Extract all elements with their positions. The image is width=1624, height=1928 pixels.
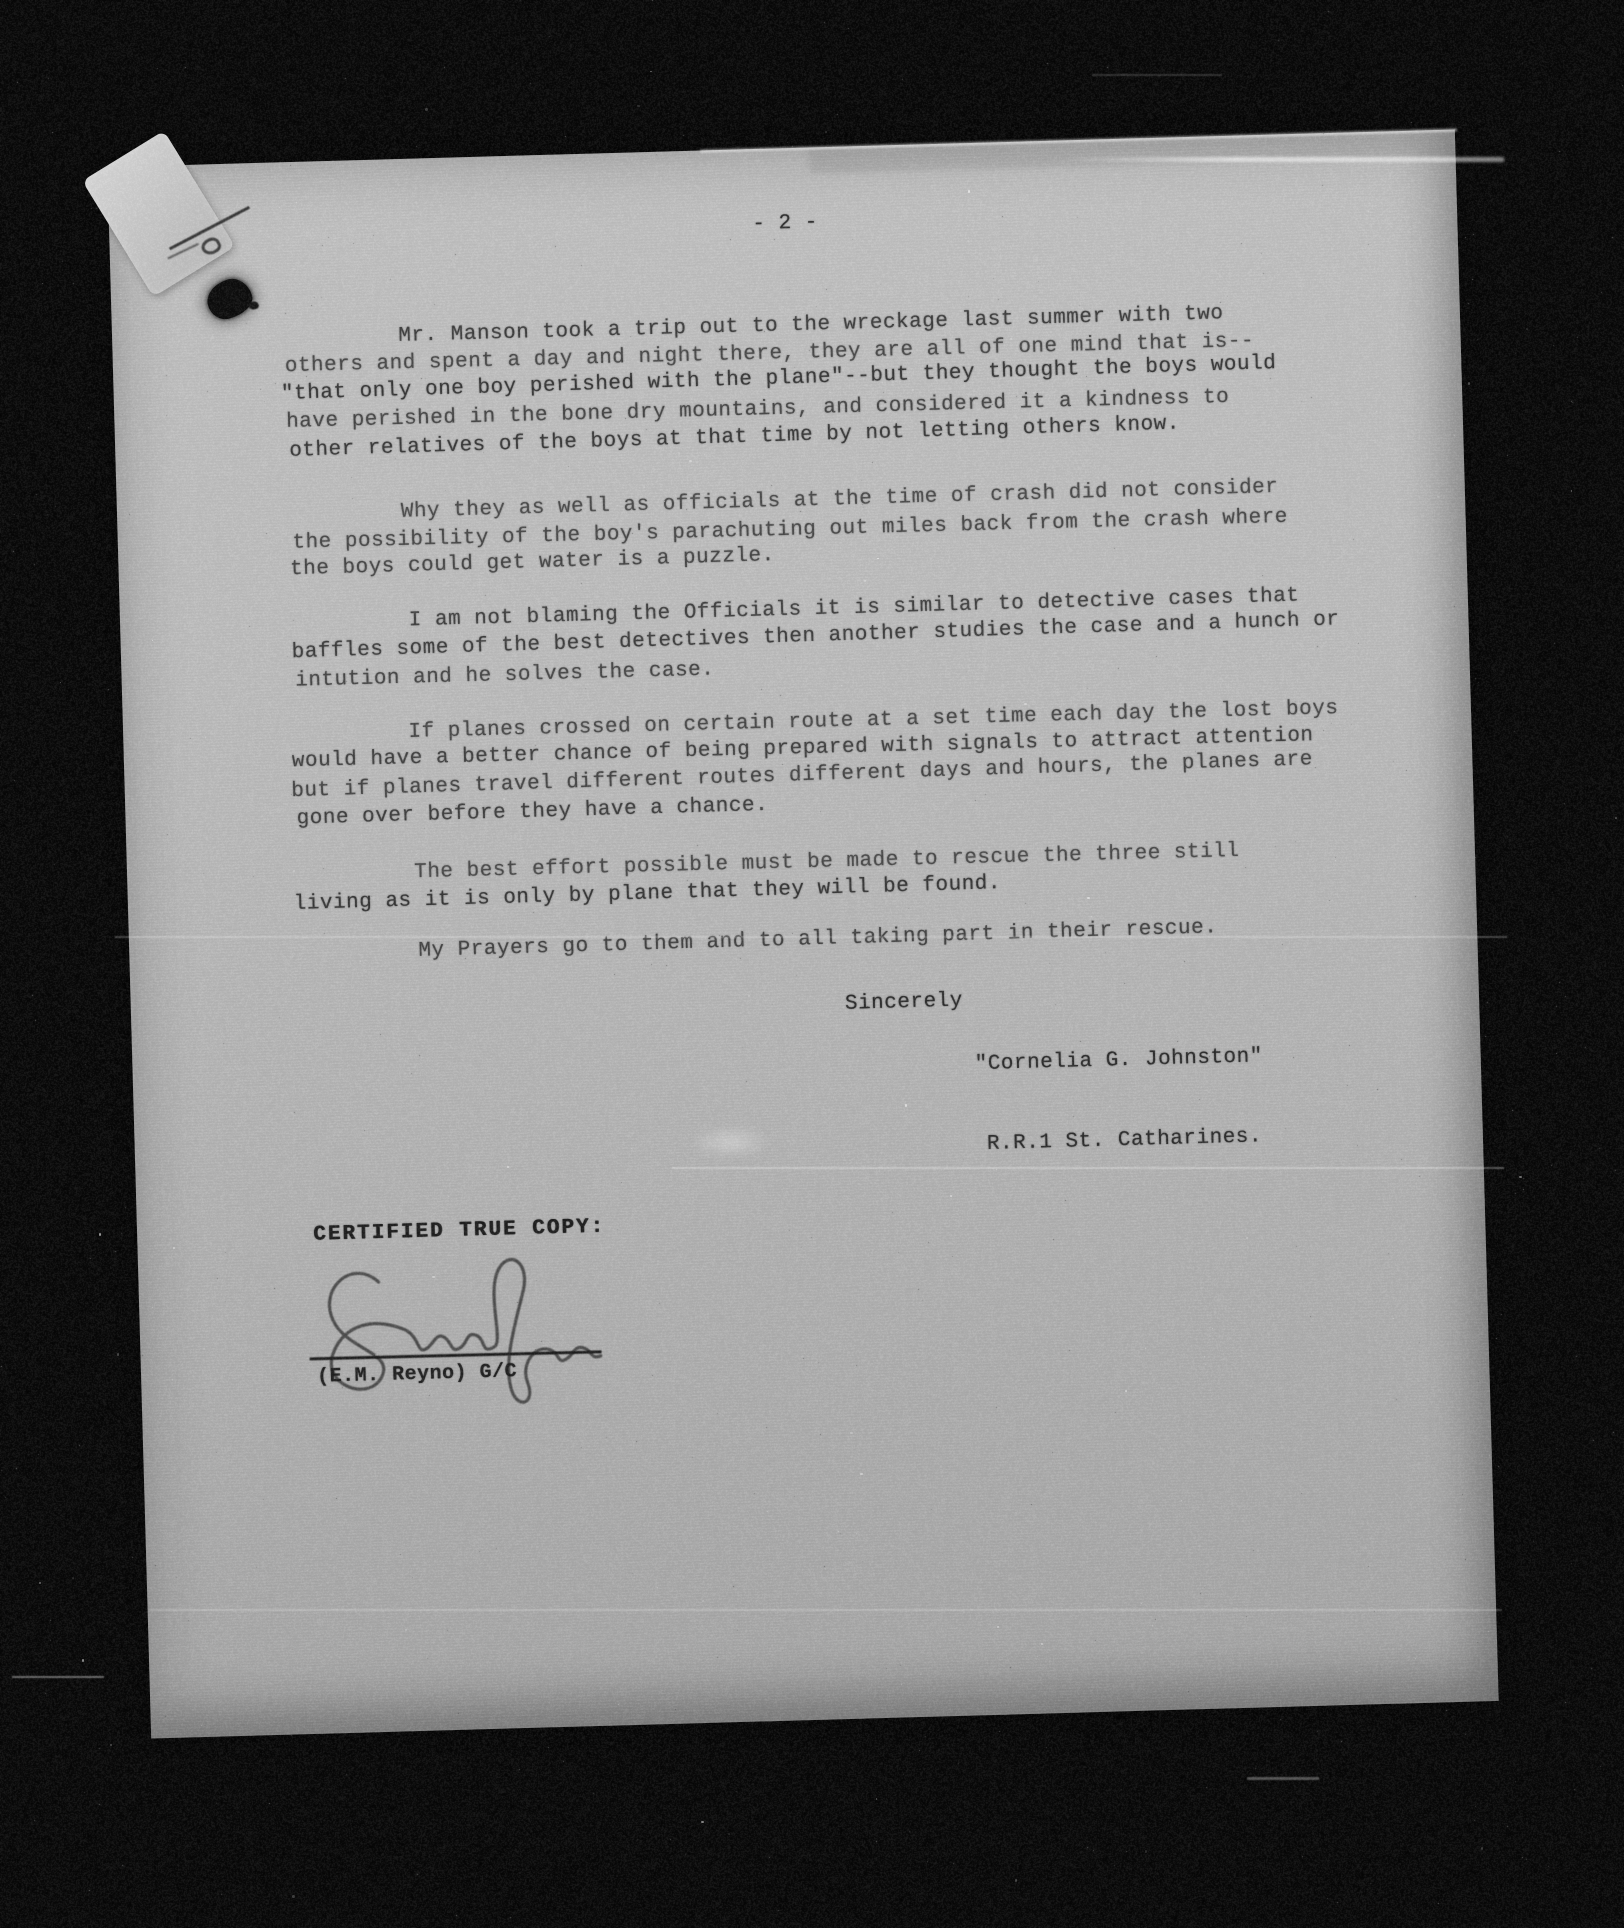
dust-speck [110,1744,112,1746]
dust-speck [425,108,428,111]
dust-speck [1571,490,1573,492]
scan-stage: - 2 - Mr. Manson took a trip out to the … [0,0,1624,1928]
reyno-signature [305,1232,610,1420]
dust-speck [701,1821,703,1823]
dust-speck [1015,1879,1018,1882]
letter-page: - 2 - Mr. Manson took a trip out to the … [107,129,1498,1738]
dust-speck [1526,328,1529,331]
dust-speck [99,1233,101,1235]
dust-speck [1481,1847,1483,1849]
dust-speck [1519,1176,1522,1179]
dust-speck [60,682,61,683]
dust-speck [637,105,640,108]
scan-artifact-line [12,1676,104,1678]
dust-speck [876,1798,878,1800]
page-number: - 2 - [705,210,866,237]
dust-speck [82,1659,85,1662]
scan-artifact-line [1092,74,1222,76]
scan-artifact-line [1247,1777,1319,1780]
dust-speck [825,131,827,133]
dust-speck [1145,1850,1147,1852]
dust-speck [292,1895,295,1898]
dust-speck [650,71,652,73]
dust-speck [1468,382,1471,385]
paragraph: Mr. Manson took a trip out to the wrecka… [282,298,1281,466]
dust-speck [72,1577,74,1579]
closing-sincerely: Sincerely [845,990,964,1016]
dust-speck [117,1353,120,1356]
dust-speck [728,1833,730,1835]
dust-speck [1615,817,1617,819]
dust-speck [42,283,43,284]
dust-speck [39,1582,41,1584]
